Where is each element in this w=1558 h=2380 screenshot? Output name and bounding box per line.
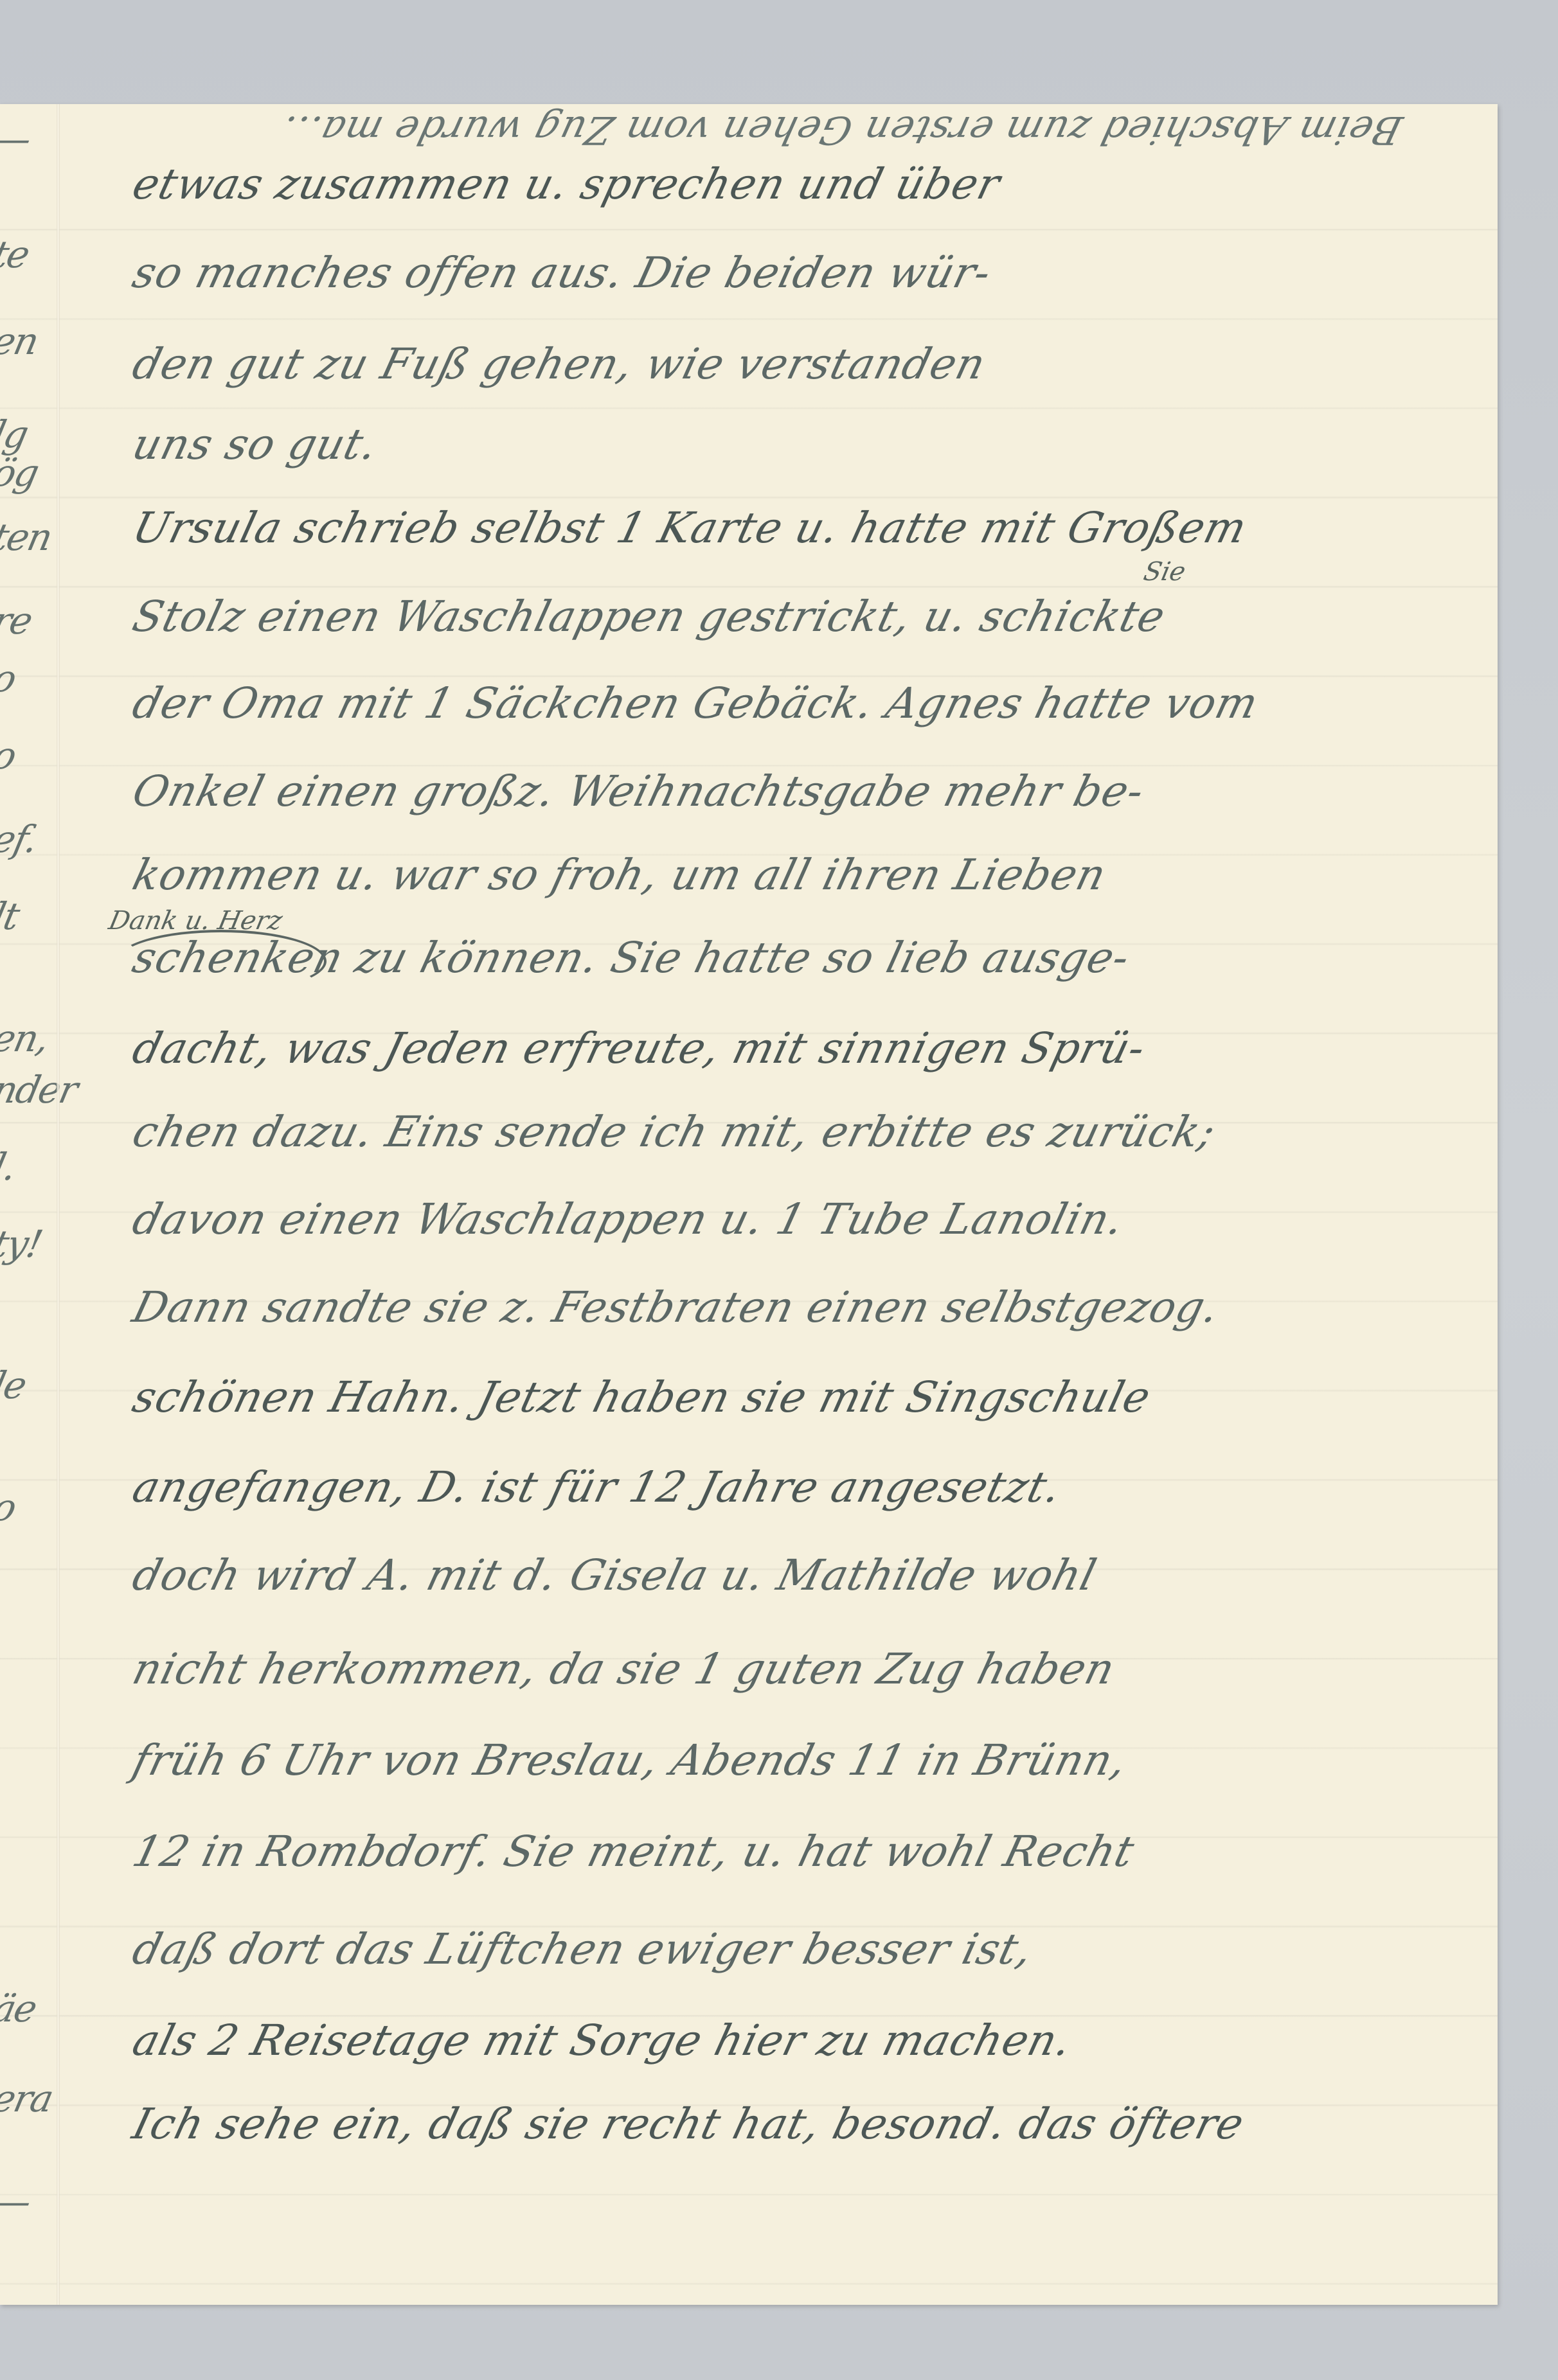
letter-line-14: Dann sandte sie z. Festbraten einen selb… (129, 1286, 1482, 1329)
upside-down-header-line: Beim Abschied zum ersten Gehen vom Zug w… (60, 111, 1406, 149)
margin-fragment: te (0, 233, 33, 276)
letter-line-4: uns so gut. (129, 423, 1482, 466)
margin-fragment: äe (0, 1987, 40, 2030)
margin-fragment: nder (0, 1068, 81, 1112)
adjacent-page-margin: — te en lg ög ten re o o ef. lt en, nder… (0, 104, 57, 2305)
letter-line-20: 12 in Rombdorf. Sie meint, u. hat wohl R… (129, 1831, 1482, 1873)
margin-fragment: lg (0, 413, 31, 456)
letter-line-10: schenken zu können. Sie hatte so lieb au… (129, 937, 1482, 979)
margin-fragment: re (0, 599, 35, 643)
margin-fragment: o (0, 734, 19, 777)
margin-fragment: era (0, 2077, 57, 2120)
insertion-above-line-6: Sie (1141, 557, 1188, 587)
margin-fragment: ög (0, 451, 42, 495)
letter-line-2: so manches offen aus. Die beiden wür- (129, 252, 1482, 294)
letter-line-15: schönen Hahn. Jetzt haben sie mit Singsc… (129, 1376, 1482, 1419)
letter-line-11: dacht, was Jeden erfreute, mit sinnigen … (129, 1027, 1482, 1070)
margin-fragment: ty! (0, 1222, 46, 1266)
letter-line-23: Ich sehe ein, daß sie recht hat, besond.… (129, 2103, 1482, 2145)
margin-fragment: o (0, 1486, 19, 1529)
letter-line-3: den gut zu Fuß gehen, wie verstanden (129, 343, 1482, 386)
letter-line-5: Ursula schrieb selbst 1 Karte u. hatte m… (129, 507, 1482, 549)
margin-fragment: l. (0, 1145, 19, 1189)
letter-line-13: davon einen Waschlappen u. 1 Tube Lanoli… (129, 1198, 1482, 1241)
letter-line-9: kommen u. war so froh, um all ihren Lieb… (129, 854, 1482, 896)
letter-line-21: daß dort das Lüftchen ewiger besser ist, (129, 1928, 1482, 1971)
letter-line-16: angefangen, D. ist für 12 Jahre angesetz… (129, 1466, 1482, 1509)
letter-line-12: chen dazu. Eins sende ich mit, erbitte e… (129, 1111, 1482, 1153)
letter-line-17: doch wird A. mit d. Gisela u. Mathilde w… (129, 1554, 1482, 1597)
letter-line-1: etwas zusammen u. sprechen und über (129, 163, 1482, 206)
margin-fragment: le (0, 1363, 30, 1407)
letter-line-7: der Oma mit 1 Säckchen Gebäck. Agnes hat… (129, 682, 1482, 725)
page-fold (57, 104, 60, 2305)
letter-page: — te en lg ög ten re o o ef. lt en, nder… (0, 104, 1498, 2305)
letter-line-8: Onkel einen großz. Weihnachtsgabe mehr b… (129, 770, 1482, 813)
margin-fragment: — (0, 2180, 34, 2223)
margin-fragment: en (0, 319, 42, 363)
letter-line-19: früh 6 Uhr von Breslau, Abends 11 in Brü… (129, 1739, 1482, 1782)
margin-fragment: ten (0, 515, 55, 559)
letter-line-18: nicht herkommen, da sie 1 guten Zug habe… (129, 1648, 1482, 1691)
letter-line-22: als 2 Reisetage mit Sorge hier zu machen… (129, 2020, 1482, 2062)
margin-fragment: o (0, 657, 19, 700)
margin-fragment: — (0, 117, 34, 161)
margin-fragment: ef. (0, 817, 40, 861)
margin-fragment: lt (0, 894, 22, 938)
margin-fragment: en, (0, 1017, 52, 1060)
letter-line-6: Stolz einen Waschlappen gestrickt, u. sc… (129, 596, 1482, 638)
